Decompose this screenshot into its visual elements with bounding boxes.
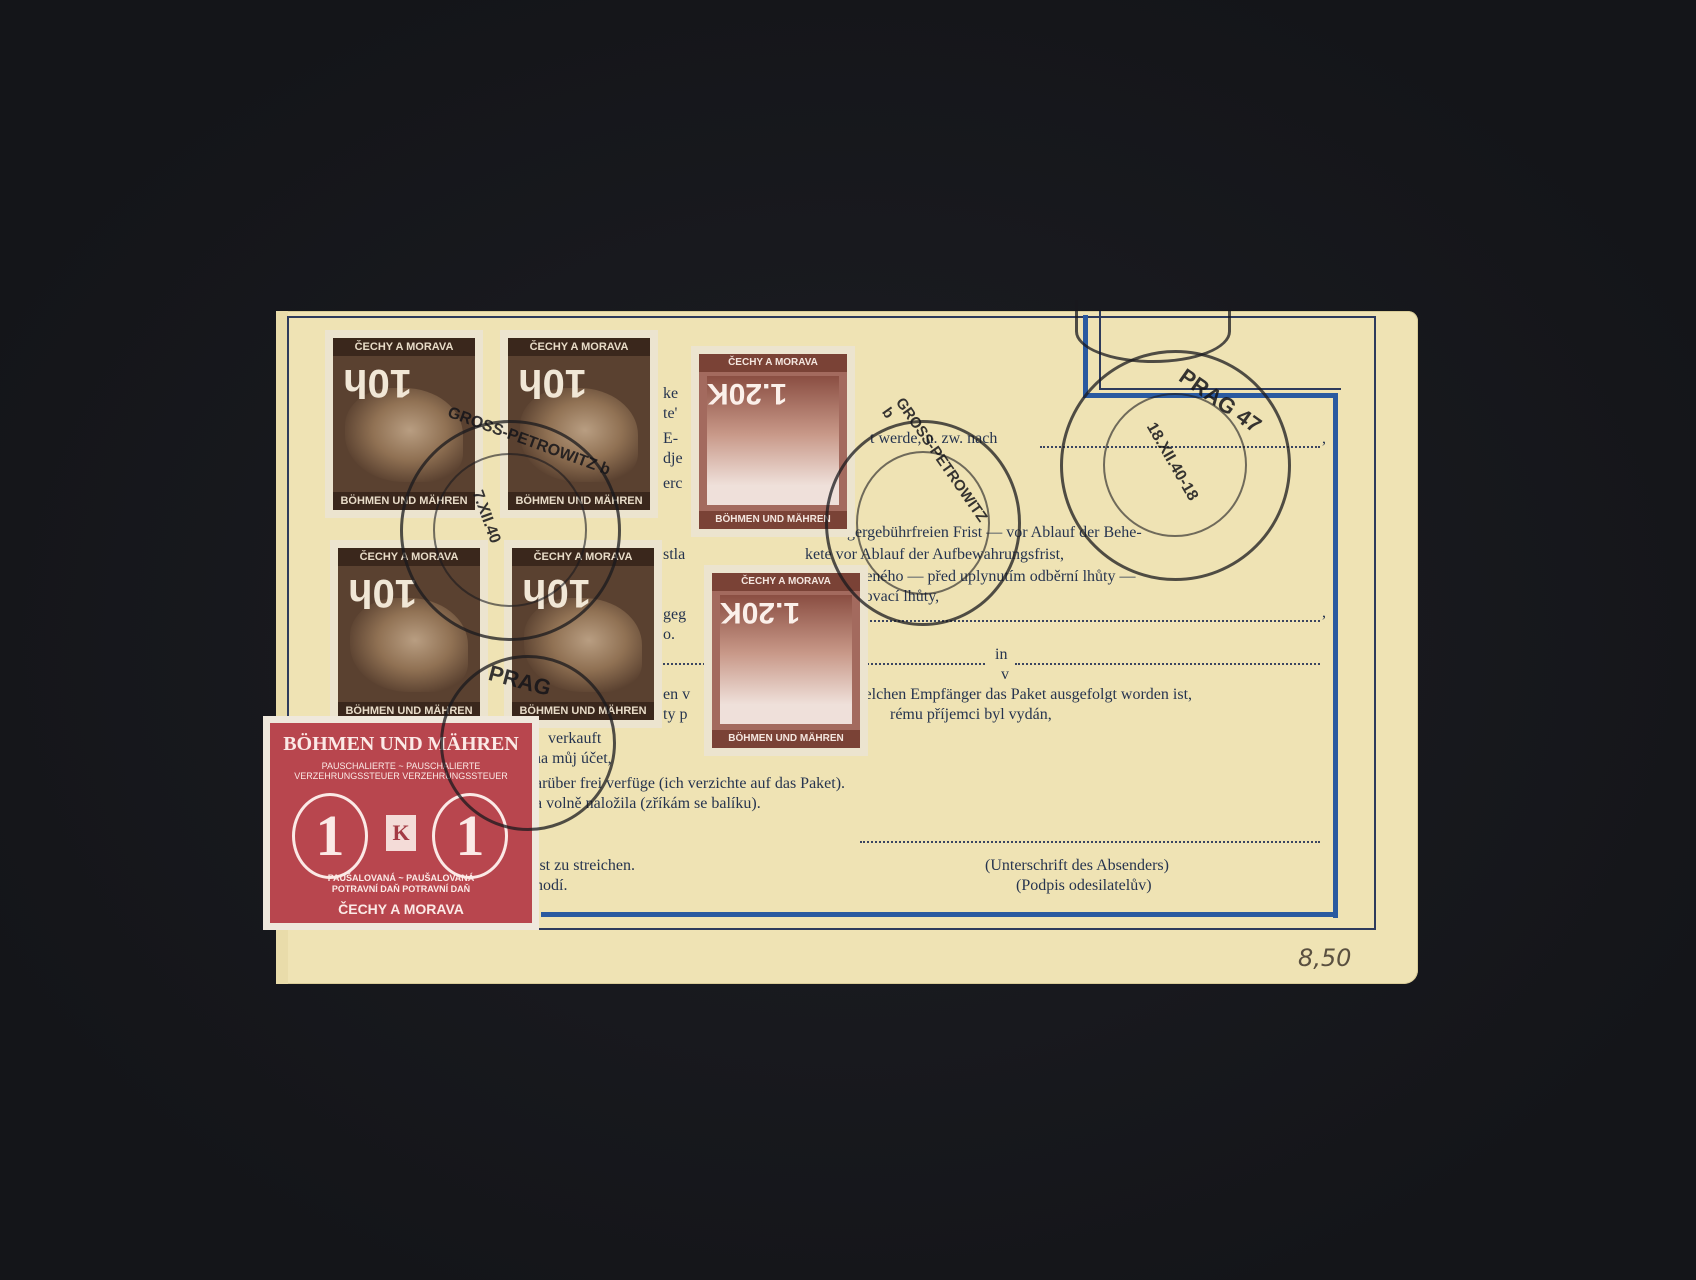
form-line-10: ist zu streichen.: [535, 857, 635, 875]
postmark-prag-47: PRAG 47 18.XII.40-18: [1060, 350, 1291, 581]
form-line-7: rému příjemci byl vydán,: [890, 706, 1052, 724]
tax-unit: K: [386, 815, 416, 851]
tax-cz-line-1: PAUŠALOVANÁ: [406, 873, 474, 883]
frame-blue-right: [1333, 393, 1338, 918]
form-fragment: E-: [663, 430, 678, 448]
form-fragment: geg: [663, 606, 686, 624]
form-fragment: erc: [663, 475, 683, 493]
stamp-value: 10h: [348, 570, 417, 615]
form-line-1-comma: ,: [1322, 430, 1326, 448]
postmark-prag: PRAG: [440, 655, 616, 831]
tax-de-line-2: VERZEHRUNGSSTEUER: [294, 771, 400, 781]
form-fragment: ke: [663, 385, 678, 403]
form-fragment: en v: [663, 686, 690, 704]
stamp-country-de: BÖHMEN UND MÄHREN: [712, 730, 860, 748]
postmark-gross-petrowitz: GROSS-PETROWITZ b 7.XII.40: [400, 420, 621, 641]
form-fragment: ty p: [663, 706, 687, 724]
brno-stamp: ČECHY A MORAVA 1.20K BÖHMEN UND MÄHREN: [699, 354, 847, 529]
stamp-value: 1.20K: [707, 376, 787, 410]
tax-stamp-cz-text: PAUŠALOVANÁ ~ PAUŠALOVANÁ POTRAVNÍ DAŇ P…: [270, 873, 532, 895]
signature-caption-de: (Unterschrift des Absenders): [985, 857, 1169, 875]
form-line-5-comma: ,: [1322, 604, 1326, 622]
stamp-country-cz: ČECHY A MORAVA: [333, 338, 475, 356]
form-fragment: te': [663, 405, 677, 423]
postmark-partial-top: [1075, 300, 1231, 363]
form-fragment: stla: [663, 546, 685, 564]
brno-stamp: ČECHY A MORAVA 1.20K BÖHMEN UND MÄHREN: [712, 573, 860, 748]
tax-value-left: 1: [292, 793, 368, 879]
tax-cz-line-1: PAUŠALOVANÁ: [328, 873, 396, 883]
stamp-value: 1.20K: [720, 595, 800, 629]
tax-stamp-footer: ČECHY A MORAVA: [270, 901, 532, 917]
frame-thin-bottom: [541, 928, 1353, 930]
stamp-value: 10h: [343, 360, 412, 405]
postmark-inner-ring: [433, 453, 587, 607]
tax-de-line-1: PAUSCHALIERTE: [322, 761, 396, 771]
stamp-country-cz: ČECHY A MORAVA: [699, 354, 847, 372]
form-line-6: welchen Empfänger das Paket ausgefolgt w…: [853, 686, 1192, 704]
form-line-11: hodí.: [535, 877, 567, 895]
v-label: v: [1001, 666, 1009, 684]
pencil-price-note: 8,50: [1298, 944, 1351, 972]
stamp-value: 10h: [518, 360, 587, 405]
tax-cz-line-2: POTRAVNÍ DAŇ: [402, 884, 470, 894]
postmark-gross-petrowitz-2: GROSS-PETROWITZ b: [825, 420, 1021, 626]
frame-blue-bottom: [541, 912, 1338, 917]
signature-caption-cz: (Podpis odesilatelův): [1016, 877, 1152, 895]
dotted-line: [1015, 663, 1320, 665]
tax-cz-line-2: POTRAVNÍ DAŇ: [332, 884, 400, 894]
stamp-country-cz: ČECHY A MORAVA: [508, 338, 650, 356]
in-label: in: [995, 646, 1007, 664]
postmark-text: PRAG: [486, 660, 554, 702]
form-fragment: o.: [663, 626, 675, 644]
signature-line: [860, 841, 1320, 843]
form-fragment: dje: [663, 450, 683, 468]
